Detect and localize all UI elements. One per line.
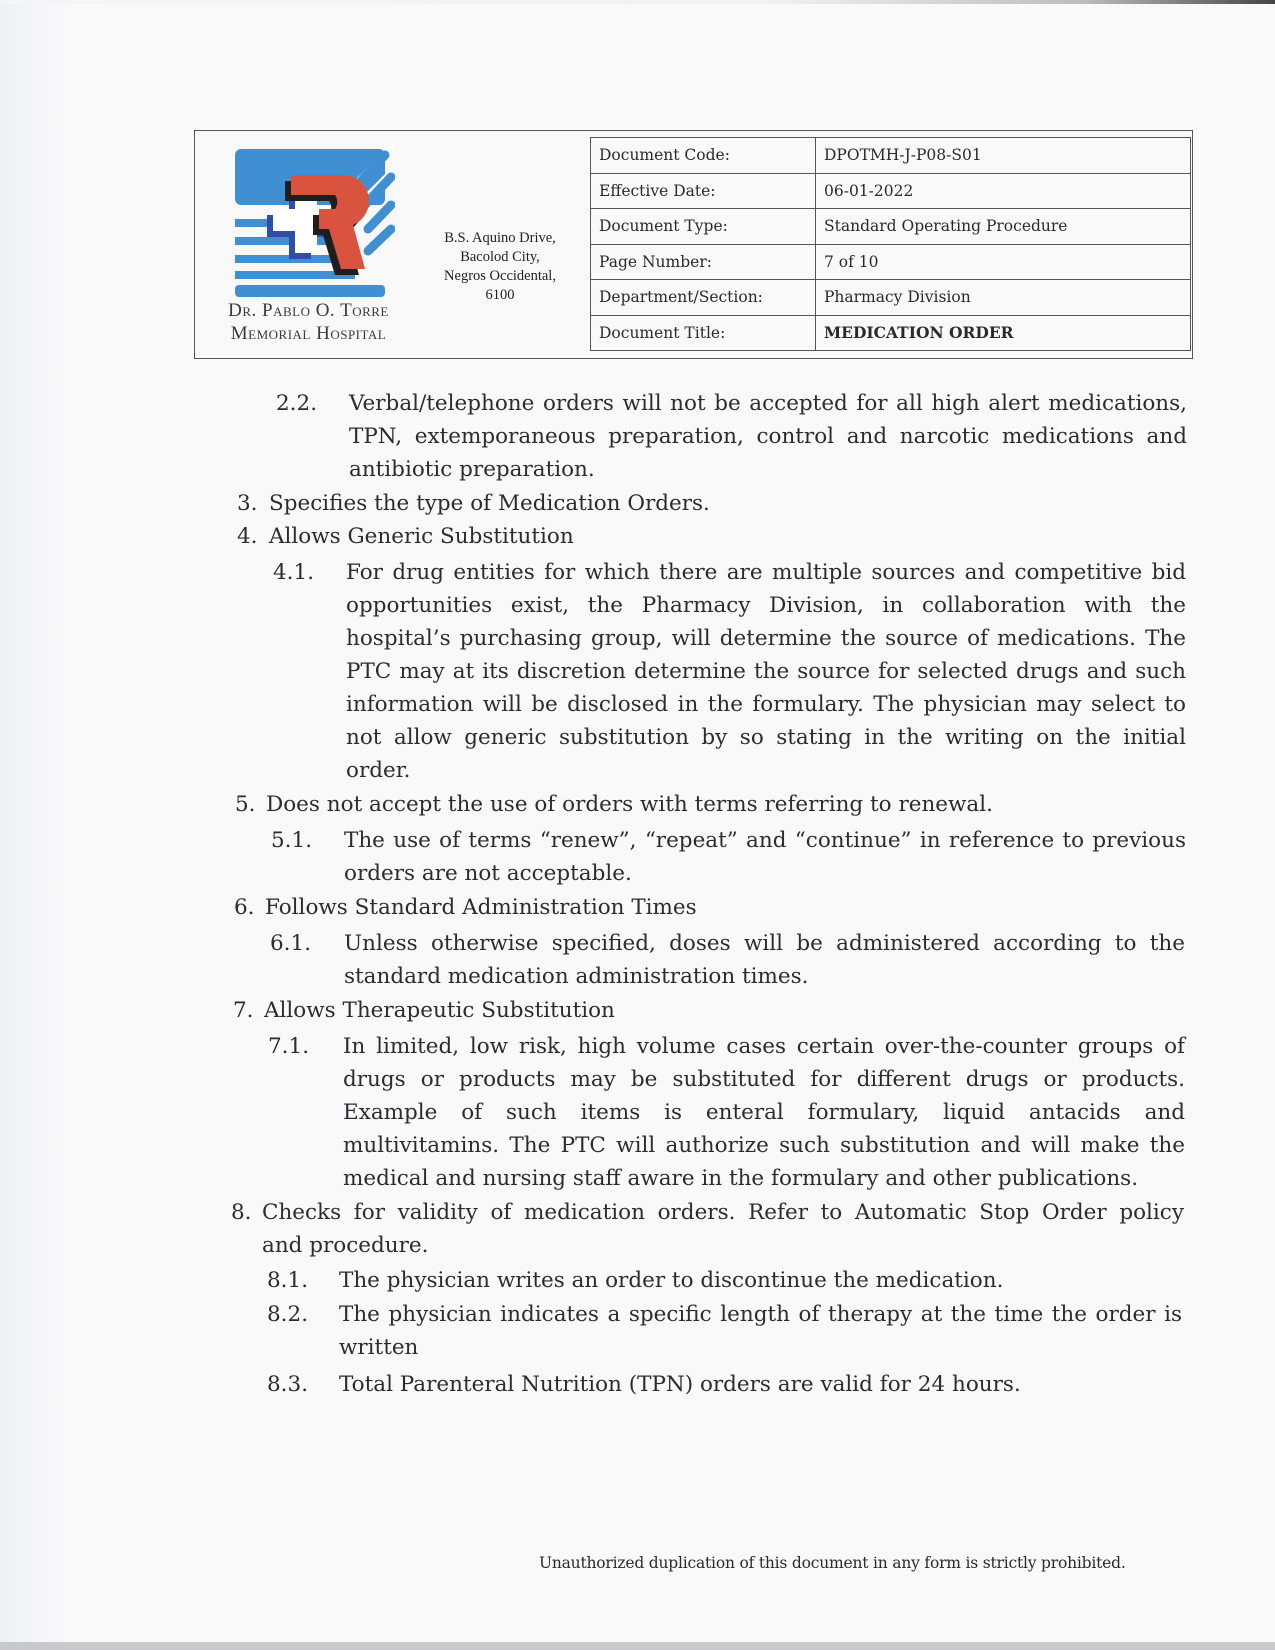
address-line: Bacolod City, xyxy=(420,248,580,267)
address-line: B.S. Aquino Drive, xyxy=(420,229,580,248)
item-number: 8.3. xyxy=(267,1370,308,1400)
item-text-line: hospital’s purchasing group, will determ… xyxy=(346,624,1186,654)
item-text-line: orders are not acceptable. xyxy=(344,859,632,889)
item-text-line: order. xyxy=(346,756,410,786)
item-number: 8.2. xyxy=(267,1300,308,1330)
item-text-line: not allow generic substitution by so sta… xyxy=(346,723,1186,753)
hospital-name: Dr. Pablo O. Torre Memorial Hospital xyxy=(201,299,416,345)
item-text-line: drugs or products may be substituted for… xyxy=(343,1065,1185,1095)
meta-row-department: Department/Section: Pharmacy Division xyxy=(591,280,1191,316)
meta-row-document-title: Document Title: MEDICATION ORDER xyxy=(591,315,1191,351)
document-header: Dr. Pablo O. Torre Memorial Hospital B.S… xyxy=(194,130,1193,359)
document-meta-table: Document Code: DPOTMH-J-P08-S01 Effectiv… xyxy=(590,137,1191,351)
meta-row-document-code: Document Code: DPOTMH-J-P08-S01 xyxy=(591,138,1191,174)
item-number: 8. xyxy=(231,1198,252,1228)
address-line: Negros Occidental, xyxy=(420,267,580,286)
item-number: 4. xyxy=(237,522,258,552)
meta-row-effective-date: Effective Date: 06-01-2022 xyxy=(591,173,1191,209)
item-number: 4.1. xyxy=(273,558,314,588)
meta-label: Document Title: xyxy=(591,315,816,351)
item-text-line: In limited, low risk, high volume cases … xyxy=(343,1032,1185,1062)
item-text-line: Specifies the type of Medication Orders. xyxy=(269,489,710,519)
item-text-line: Checks for validity of medication orders… xyxy=(262,1198,1184,1228)
item-text-line: TPN, extemporaneous preparation, control… xyxy=(349,422,1187,452)
meta-label: Effective Date: xyxy=(591,173,816,209)
item-text-line: Example of such items is enteral formula… xyxy=(343,1098,1185,1128)
item-text-line: Verbal/telephone orders will not be acce… xyxy=(349,389,1187,419)
meta-value: Pharmacy Division xyxy=(816,280,1191,316)
meta-value: 06-01-2022 xyxy=(816,173,1191,209)
meta-row-document-type: Document Type: Standard Operating Proced… xyxy=(591,209,1191,245)
scan-edge-top xyxy=(0,0,1275,4)
scan-edge-bottom xyxy=(0,1642,1275,1650)
hospital-name-line2: Memorial Hospital xyxy=(201,322,416,345)
meta-value: Standard Operating Procedure xyxy=(816,209,1191,245)
item-number: 6.1. xyxy=(270,929,311,959)
item-number: 5. xyxy=(235,790,256,820)
item-number: 7.1. xyxy=(268,1032,309,1062)
item-text-line: medical and nursing staff aware in the f… xyxy=(343,1164,1138,1194)
item-text-line: Does not accept the use of orders with t… xyxy=(266,790,993,820)
meta-row-page-number: Page Number: 7 of 10 xyxy=(591,244,1191,280)
item-number: 6. xyxy=(234,893,255,923)
item-text-line: opportunities exist, the Pharmacy Divisi… xyxy=(346,591,1186,621)
address-line: 6100 xyxy=(420,286,580,305)
hospital-cross-r-logo-icon xyxy=(233,147,395,299)
item-text-line: Unless otherwise specified, doses will b… xyxy=(344,929,1185,959)
hospital-address: B.S. Aquino Drive, Bacolod City, Negros … xyxy=(420,229,580,305)
meta-label: Document Code: xyxy=(591,138,816,174)
meta-label: Department/Section: xyxy=(591,280,816,316)
item-text-line: The physician indicates a specific lengt… xyxy=(339,1300,1182,1330)
item-text-line: and procedure. xyxy=(262,1231,428,1261)
item-text-line: For drug entities for which there are mu… xyxy=(346,558,1186,588)
meta-value: DPOTMH-J-P08-S01 xyxy=(816,138,1191,174)
footer-notice: Unauthorized duplication of this documen… xyxy=(539,1554,1126,1572)
item-text-line: The physician writes an order to discont… xyxy=(339,1266,1003,1296)
item-text-line: written xyxy=(339,1333,418,1363)
meta-value: 7 of 10 xyxy=(816,244,1191,280)
item-text-line: Allows Therapeutic Substitution xyxy=(264,996,615,1026)
item-text-line: Allows Generic Substitution xyxy=(269,522,574,552)
item-number: 8.1. xyxy=(267,1266,308,1296)
item-number: 2.2. xyxy=(276,389,317,419)
meta-label: Page Number: xyxy=(591,244,816,280)
item-text-line: multivitamins. The PTC will authorize su… xyxy=(343,1131,1185,1161)
item-number: 7. xyxy=(233,996,254,1026)
hospital-identity: Dr. Pablo O. Torre Memorial Hospital B.S… xyxy=(195,131,590,358)
meta-value: MEDICATION ORDER xyxy=(816,315,1191,351)
item-text-line: information will be disclosed in the for… xyxy=(346,690,1186,720)
meta-label: Document Type: xyxy=(591,209,816,245)
item-text-line: Follows Standard Administration Times xyxy=(265,893,697,923)
item-text-line: PTC may at its discretion determine the … xyxy=(346,657,1186,687)
item-text-line: Total Parenteral Nutrition (TPN) orders … xyxy=(339,1370,1021,1400)
item-number: 5.1. xyxy=(271,826,312,856)
hospital-name-line1: Dr. Pablo O. Torre xyxy=(201,299,416,322)
item-number: 3. xyxy=(237,489,258,519)
scan-shadow-left xyxy=(0,0,60,1650)
item-text-line: standard medication administration times… xyxy=(344,962,809,992)
item-text-line: The use of terms “renew”, “repeat” and “… xyxy=(344,826,1186,856)
item-text-line: antibiotic preparation. xyxy=(349,455,595,485)
